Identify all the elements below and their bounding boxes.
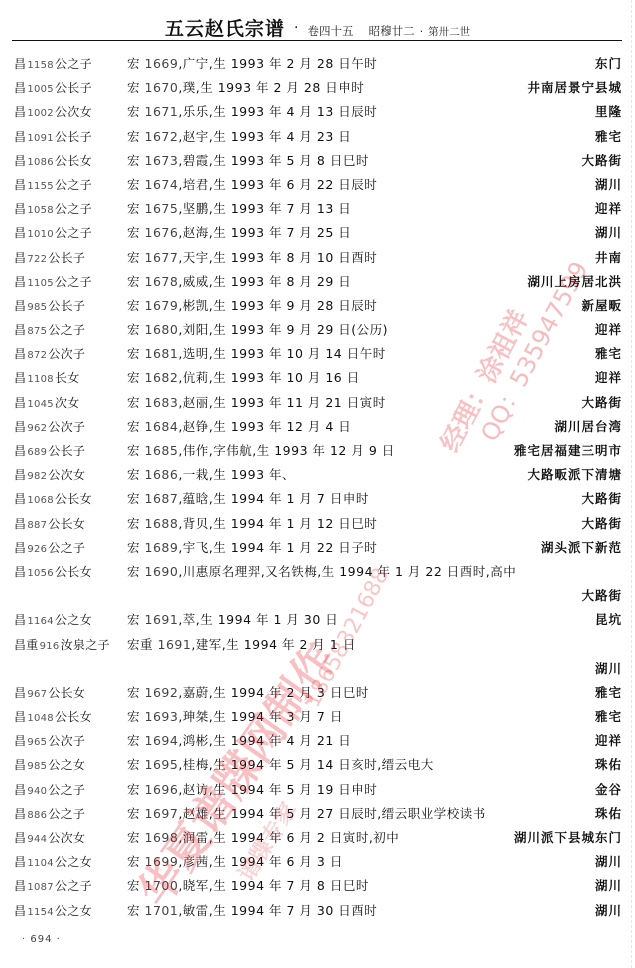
parent-number: 940 — [27, 786, 47, 797]
parent-relation: 公次子 — [48, 734, 85, 748]
parent-relation: 公之子 — [48, 783, 85, 797]
parent-number: 886 — [27, 810, 47, 821]
residence-place: 东门 — [595, 52, 622, 76]
entry-details: ,威威,生 1993 年 8 月 29 日 — [178, 274, 351, 289]
entry-text: 宏 1686,一栽,生 1993 年、 — [127, 463, 295, 487]
parent-number: 1087 — [27, 882, 54, 893]
generation-separator: · — [420, 26, 423, 38]
parent-ref: 昌962公次子 — [14, 415, 119, 441]
entry-number: 1687 — [145, 491, 179, 506]
entry-generation-char: 宏 — [127, 757, 140, 772]
parent-generation-char: 昌 — [14, 879, 26, 893]
entry-details: ,萃,生 1994 年 1 月 30 日 — [178, 612, 338, 627]
entry-generation-char: 宏 — [127, 225, 140, 240]
parent-relation: 公次子 — [48, 420, 85, 434]
residence-place: 珠佑 — [595, 802, 622, 826]
parent-relation: 公之子 — [55, 226, 92, 240]
residence-place: 迎祥 — [595, 366, 622, 390]
entry-row: 昌1048公长女宏 1693,珅桀,生 1994 年 3 月 7 日雅宅 — [14, 705, 622, 729]
entry-text: 宏 1684,赵铮,生 1993 年 12 月 4 日 — [127, 415, 351, 439]
entry-row: 昌1002公次女宏 1671,乐乐,生 1993 年 4 月 13 日辰时里隆 — [14, 100, 622, 124]
parent-generation-char: 昌 — [14, 541, 26, 555]
entry-row: 昌965公次子宏 1694,鸿彬,生 1994 年 4 月 21 日迎祥 — [14, 729, 622, 753]
residence-place: 迎祥 — [595, 197, 622, 221]
entry-text: 宏 1677,天宇,生 1993 年 8 月 10 日酉时 — [127, 246, 377, 270]
parent-number: 1058 — [27, 205, 54, 216]
residence-place: 雅宅居福建三明市 — [514, 439, 622, 463]
entry-details: ,赵海,生 1993 年 7 月 25 日 — [178, 225, 351, 240]
entry-generation-char: 宏 — [127, 322, 140, 337]
entry-row: 昌689公长子宏 1685,伟作,字伟航,生 1993 年 12 月 9 日雅宅… — [14, 439, 622, 463]
entry-generation-char: 宏 — [127, 854, 140, 869]
entry-number: 1699 — [145, 854, 179, 869]
parent-relation: 公之女 — [48, 758, 85, 772]
parent-relation: 公长子 — [55, 81, 92, 95]
entry-details: ,晓军,生 1994 年 7 月 8 日巳时 — [178, 878, 369, 893]
entry-number: 1685 — [145, 443, 179, 458]
parent-ref: 昌886公之子 — [14, 802, 119, 828]
parent-ref: 昌1005公长子 — [14, 76, 119, 102]
parent-ref: 昌1002公次女 — [14, 100, 119, 126]
entry-row: 昌1058公之子宏 1675,坚鹏,生 1993 年 7 月 13 日迎祥 — [14, 197, 622, 221]
branch-label: 昭穆廿二 — [369, 24, 415, 38]
entry-number: 1693 — [145, 709, 179, 724]
entry-details: ,嘉蔚,生 1994 年 2 月 3 日巳时 — [178, 685, 369, 700]
entry-text: 宏 1680,刘阳,生 1993 年 9 月 29 日(公历) — [127, 318, 388, 342]
entry-row: 昌1108长女宏 1682,伉莉,生 1993 年 10 月 16 日迎祥 — [14, 366, 622, 390]
entry-details: ,碧霞,生 1993 年 5 月 8 日巳时 — [178, 153, 369, 168]
parent-relation: 次女 — [55, 396, 80, 410]
entry-text: 宏 1672,赵宇,生 1993 年 4 月 23 日 — [127, 125, 351, 149]
entry-details: ,璞,生 1993 年 2 月 28 日申时 — [178, 80, 364, 95]
entry-generation-char: 宏 — [127, 177, 140, 192]
entry-row: 昌1068公长女宏 1687,蕴晗,生 1994 年 1 月 7 日申时大路街 — [14, 487, 622, 511]
entry-number: 1683 — [145, 395, 179, 410]
entry-row: 昌962公次子宏 1684,赵铮,生 1993 年 12 月 4 日湖川居台湾 — [14, 415, 622, 439]
entry-text: 宏重 1691,建军,生 1994 年 2 月 1 日 — [127, 633, 356, 657]
entry-row: 昌1056公长女宏 1690,川惠原名理羿,又名铁梅,生 1994 年 1 月 … — [14, 560, 622, 608]
entry-text: 宏 1669,广宁,生 1993 年 2 月 28 日午时 — [127, 52, 377, 76]
residence-place: 湖川 — [595, 657, 622, 681]
entry-number: 1697 — [145, 806, 179, 821]
entry-details: ,赵雄,生 1994 年 5 月 27 日辰时,缙云职业学校读书 — [178, 806, 485, 821]
parent-number: 1105 — [27, 278, 54, 289]
residence-place: 湖川 — [595, 221, 622, 245]
parent-ref: 昌722公长子 — [14, 246, 119, 272]
parent-number: 1155 — [27, 181, 54, 192]
volume-label: 卷四十五 — [308, 24, 354, 38]
entry-row: 昌967公长女宏 1692,嘉蔚,生 1994 年 2 月 3 日巳时雅宅 — [14, 681, 622, 705]
parent-relation: 公长子 — [48, 299, 85, 313]
header-separator: · — [294, 20, 298, 36]
parent-number: 982 — [27, 471, 47, 482]
entry-text: 宏 1696,赵访,生 1994 年 5 月 19 日申时 — [127, 778, 377, 802]
entry-generation-char: 宏 — [127, 878, 140, 893]
entry-row: 昌1010公之子宏 1676,赵海,生 1993 年 7 月 25 日湖川 — [14, 221, 622, 245]
parent-ref: 昌965公次子 — [14, 729, 119, 755]
entry-generation-char: 宏 — [127, 201, 140, 216]
parent-number: 1068 — [27, 495, 54, 506]
residence-place: 大路街 — [581, 487, 622, 511]
residence-place: 湖川派下县城东门 — [514, 826, 622, 850]
parent-number: 985 — [27, 761, 47, 772]
entry-generation-char: 宏 — [127, 612, 140, 627]
parent-relation: 公长女 — [48, 686, 85, 700]
parent-ref: 昌982公次女 — [14, 463, 119, 489]
entry-details: ,一栽,生 1993 年、 — [178, 467, 295, 482]
entry-text: 宏 1692,嘉蔚,生 1994 年 2 月 3 日巳时 — [127, 681, 369, 705]
entry-generation-char: 宏 — [127, 56, 140, 71]
entry-generation-char: 宏 — [127, 250, 140, 265]
parent-number: 916 — [40, 641, 60, 652]
entry-row: 昌重916汝泉之子宏重 1691,建军,生 1994 年 2 月 1 日湖川 — [14, 633, 622, 681]
page-number: · 694 · — [22, 934, 61, 945]
generation-label: 第卅二世 — [428, 26, 470, 38]
entry-generation-char: 宏 — [127, 129, 140, 144]
parent-relation: 公长子 — [55, 130, 92, 144]
entry-row: 昌1005公长子宏 1670,璞,生 1993 年 2 月 28 日申时井南居景… — [14, 76, 622, 100]
parent-ref: 昌875公之子 — [14, 318, 119, 344]
entry-details: ,润雷,生 1994 年 6 月 2 日寅时,初中 — [178, 830, 399, 845]
parent-generation-char: 昌 — [14, 517, 26, 531]
parent-generation-char: 昌 — [14, 904, 26, 918]
entry-number: 1694 — [145, 733, 179, 748]
parent-number: 962 — [27, 423, 47, 434]
parent-number: 1056 — [27, 568, 54, 579]
parent-generation-char: 昌 — [14, 57, 26, 71]
genealogy-entries: 昌1158公之子宏 1669,广宁,生 1993 年 2 月 28 日午时东门昌… — [14, 52, 622, 923]
entry-number: 1700 — [145, 878, 179, 893]
parent-ref: 昌940公之子 — [14, 778, 119, 804]
parent-relation: 公之子 — [55, 879, 92, 893]
parent-ref: 昌1091公长子 — [14, 125, 119, 151]
entry-details: ,赵宇,生 1993 年 4 月 23 日 — [178, 129, 351, 144]
residence-place: 金谷 — [595, 778, 622, 802]
entry-number: 1686 — [145, 467, 179, 482]
parent-number: 1154 — [27, 907, 54, 918]
entry-text: 宏 1679,彬凯,生 1993 年 9 月 28 日辰时 — [127, 294, 377, 318]
residence-place: 湖头派下新范 — [541, 536, 622, 560]
entry-number: 1671 — [145, 104, 179, 119]
residence-place: 雅宅 — [595, 705, 622, 729]
parent-ref: 昌944公次女 — [14, 826, 119, 852]
parent-number: 1108 — [27, 374, 54, 385]
residence-place: 珠佑 — [595, 753, 622, 777]
entry-generation-char: 宏 — [127, 395, 140, 410]
parent-relation: 公之子 — [55, 178, 92, 192]
residence-place: 湖川 — [595, 850, 622, 874]
entry-text: 宏 1689,宇飞,生 1994 年 1 月 22 日子时 — [127, 536, 377, 560]
entry-details: ,赵铮,生 1993 年 12 月 4 日 — [178, 419, 351, 434]
entry-number: 1692 — [145, 685, 179, 700]
parent-generation-char: 昌 — [14, 323, 26, 337]
parent-generation-char: 昌 — [14, 226, 26, 240]
parent-generation-char: 昌 — [14, 275, 26, 289]
parent-number: 872 — [27, 350, 47, 361]
residence-place: 大路街 — [581, 512, 622, 536]
entry-details: ,背贝,生 1994 年 1 月 12 日巳时 — [178, 516, 377, 531]
entry-details: ,宇飞,生 1994 年 1 月 22 日子时 — [178, 540, 377, 555]
entry-row: 昌1155公之子宏 1674,培君,生 1993 年 6 月 22 日辰时湖川 — [14, 173, 622, 197]
entry-details: ,桂梅,生 1994 年 5 月 14 日亥时,缙云电大 — [178, 757, 433, 772]
residence-place: 里隆 — [595, 100, 622, 124]
entry-number: 1675 — [145, 201, 179, 216]
parent-relation: 公之子 — [55, 202, 92, 216]
entry-text: 宏 1688,背贝,生 1994 年 1 月 12 日巳时 — [127, 512, 377, 536]
entry-number: 1678 — [145, 274, 179, 289]
entry-details: ,乐乐,生 1993 年 4 月 13 日辰时 — [178, 104, 377, 119]
entry-text: 宏 1683,赵丽,生 1993 年 11 月 21 日寅时 — [127, 391, 386, 415]
parent-generation-char: 昌 — [14, 81, 26, 95]
residence-place: 大路街 — [581, 391, 622, 415]
entry-generation-char: 宏重 — [127, 637, 153, 652]
parent-ref: 昌1056公长女 — [14, 560, 119, 586]
parent-relation: 公之子 — [55, 275, 92, 289]
entry-details: ,蕴晗,生 1994 年 1 月 7 日申时 — [178, 491, 369, 506]
residence-place: 湖川 — [595, 874, 622, 898]
parent-generation-char: 昌 — [14, 686, 26, 700]
entry-number: 1690 — [145, 564, 179, 579]
parent-relation: 公次女 — [48, 831, 85, 845]
entry-row: 昌1091公长子宏 1672,赵宇,生 1993 年 4 月 23 日雅宅 — [14, 125, 622, 149]
parent-relation: 公次女 — [48, 468, 85, 482]
entry-text: 宏 1681,选明,生 1993 年 10 月 14 日午时 — [127, 342, 386, 366]
parent-relation: 公次子 — [48, 347, 85, 361]
parent-number: 965 — [27, 737, 47, 748]
parent-ref: 昌1158公之子 — [14, 52, 119, 78]
entry-row: 昌872公次子宏 1681,选明,生 1993 年 10 月 14 日午时雅宅 — [14, 342, 622, 366]
parent-ref: 昌689公长子 — [14, 439, 119, 465]
entry-details: ,广宁,生 1993 年 2 月 28 日午时 — [178, 56, 377, 71]
parent-relation: 公长女 — [55, 565, 92, 579]
parent-relation: 公长女 — [48, 517, 85, 531]
residence-place: 井南 — [595, 246, 622, 270]
entry-details: ,敏雷,生 1994 年 7 月 30 日酉时 — [178, 903, 377, 918]
entry-row: 昌982公次女宏 1686,一栽,生 1993 年、大路畈派下清塘 — [14, 463, 622, 487]
entry-generation-char: 宏 — [127, 298, 140, 313]
entry-row: 昌940公之子宏 1696,赵访,生 1994 年 5 月 19 日申时金谷 — [14, 778, 622, 802]
entry-text: 宏 1676,赵海,生 1993 年 7 月 25 日 — [127, 221, 351, 245]
parent-number: 1010 — [27, 229, 54, 240]
parent-generation-char: 昌 — [14, 178, 26, 192]
entry-details: ,珅桀,生 1994 年 3 月 7 日 — [178, 709, 343, 724]
genealogy-page: 五云赵氏宗谱 · 卷四十五 昭穆廿二 · 第卅二世 昌1158公之子宏 1669… — [0, 0, 635, 968]
entry-text: 宏 1701,敏雷,生 1994 年 7 月 30 日酉时 — [127, 899, 377, 923]
parent-generation-char: 昌 — [14, 734, 26, 748]
residence-place: 雅宅 — [595, 125, 622, 149]
parent-generation-char: 昌 — [14, 710, 26, 724]
entry-text: 宏 1685,伟作,字伟航,生 1993 年 12 月 9 日 — [127, 439, 395, 463]
parent-relation: 公之女 — [55, 904, 92, 918]
entry-generation-char: 宏 — [127, 540, 140, 555]
parent-generation-char: 昌 — [14, 783, 26, 797]
entry-details: ,伉莉,生 1993 年 10 月 16 日 — [178, 370, 359, 385]
entry-row: 昌887公长女宏 1688,背贝,生 1994 年 1 月 12 日巳时大路街 — [14, 512, 622, 536]
entry-text: 宏 1678,威威,生 1993 年 8 月 29 日 — [127, 270, 351, 294]
parent-number: 944 — [27, 834, 47, 845]
parent-generation-char: 昌 — [14, 202, 26, 216]
parent-ref: 昌1164公之女 — [14, 608, 119, 634]
parent-generation-char: 昌 — [14, 130, 26, 144]
entry-details: ,赵丽,生 1993 年 11 月 21 日寅时 — [178, 395, 385, 410]
entry-text: 宏 1695,桂梅,生 1994 年 5 月 14 日亥时,缙云电大 — [127, 753, 434, 777]
entry-row: 昌875公之子宏 1680,刘阳,生 1993 年 9 月 29 日(公历)迎祥 — [14, 318, 622, 342]
parent-relation: 公长子 — [48, 251, 85, 265]
parent-generation-char: 昌 — [14, 371, 26, 385]
entry-text: 宏 1698,润雷,生 1994 年 6 月 2 日寅时,初中 — [127, 826, 399, 850]
entry-details: ,彬凯,生 1993 年 9 月 28 日辰时 — [178, 298, 377, 313]
entry-details: ,川惠原名理羿,又名铁梅,生 1994 年 1 月 22 日酉时,高中 — [178, 564, 516, 579]
parent-ref: 昌872公次子 — [14, 342, 119, 368]
residence-place: 湖川上房居北洪 — [527, 270, 622, 294]
parent-generation-char: 昌 — [14, 613, 26, 627]
entry-row: 昌1158公之子宏 1669,广宁,生 1993 年 2 月 28 日午时东门 — [14, 52, 622, 76]
parent-ref: 昌1154公之女 — [14, 899, 119, 925]
residence-place: 雅宅 — [595, 681, 622, 705]
entry-details: ,培君,生 1993 年 6 月 22 日辰时 — [178, 177, 377, 192]
entry-details: ,鸿彬,生 1994 年 4 月 21 日 — [178, 733, 351, 748]
parent-ref: 昌1010公之子 — [14, 221, 119, 247]
parent-ref: 昌1086公长女 — [14, 149, 119, 175]
parent-generation-char: 昌 — [14, 154, 26, 168]
parent-generation-char: 昌 — [14, 492, 26, 506]
entry-number: 1677 — [145, 250, 179, 265]
entry-generation-char: 宏 — [127, 370, 140, 385]
entry-generation-char: 宏 — [127, 709, 140, 724]
entry-number: 1670 — [145, 80, 179, 95]
entry-details: ,坚鹏,生 1993 年 7 月 13 日 — [178, 201, 351, 216]
entry-generation-char: 宏 — [127, 346, 140, 361]
entry-number: 1684 — [145, 419, 179, 434]
page-edge — [631, 0, 632, 968]
parent-relation: 公长女 — [55, 154, 92, 168]
parent-relation: 公之子 — [55, 57, 92, 71]
entry-details: ,选明,生 1993 年 10 月 14 日午时 — [178, 346, 385, 361]
parent-number: 1164 — [27, 616, 54, 627]
entry-generation-char: 宏 — [127, 516, 140, 531]
parent-number: 875 — [27, 326, 47, 337]
entry-text: 宏 1670,璞,生 1993 年 2 月 28 日申时 — [127, 76, 364, 100]
parent-ref: 昌926公之子 — [14, 536, 119, 562]
entry-row: 昌1154公之女宏 1701,敏雷,生 1994 年 7 月 30 日酉时湖川 — [14, 899, 622, 923]
entry-generation-char: 宏 — [127, 274, 140, 289]
entry-number: 1689 — [145, 540, 179, 555]
residence-place: 井南居景宁县城 — [527, 76, 622, 100]
parent-ref: 昌1105公之子 — [14, 270, 119, 296]
entry-number: 1679 — [145, 298, 179, 313]
parent-relation: 公长子 — [48, 444, 85, 458]
entry-row: 昌1087公之子宏 1700,晓军,生 1994 年 7 月 8 日巳时湖川 — [14, 874, 622, 898]
header-rule — [12, 40, 622, 41]
entry-text: 宏 1675,坚鹏,生 1993 年 7 月 13 日 — [127, 197, 351, 221]
entry-text: 宏 1687,蕴晗,生 1994 年 1 月 7 日申时 — [127, 487, 369, 511]
parent-number: 887 — [27, 520, 47, 531]
entry-row: 昌1086公长女宏 1673,碧霞,生 1993 年 5 月 8 日巳时大路街 — [14, 149, 622, 173]
entry-generation-char: 宏 — [127, 685, 140, 700]
parent-generation-char: 昌 — [14, 251, 26, 265]
entry-number: 1695 — [145, 757, 179, 772]
parent-ref: 昌887公长女 — [14, 512, 119, 538]
entry-number: 1696 — [145, 782, 179, 797]
entry-text: 宏 1691,萃,生 1994 年 1 月 30 日 — [127, 608, 338, 632]
entry-text: 宏 1690,川惠原名理羿,又名铁梅,生 1994 年 1 月 22 日酉时,高… — [127, 560, 516, 584]
parent-generation-char: 昌 — [14, 807, 26, 821]
parent-relation: 公次女 — [55, 105, 92, 119]
entry-generation-char: 宏 — [127, 104, 140, 119]
parent-generation-char: 昌 — [14, 420, 26, 434]
parent-ref: 昌1108长女 — [14, 366, 119, 392]
entry-details: ,天宇,生 1993 年 8 月 10 日酉时 — [178, 250, 377, 265]
residence-place: 迎祥 — [595, 729, 622, 753]
parent-number: 1002 — [27, 108, 54, 119]
parent-ref: 昌1048公长女 — [14, 705, 119, 731]
parent-ref: 昌1087公之子 — [14, 874, 119, 900]
entry-details: ,彦茜,生 1994 年 6 月 3 日 — [178, 854, 343, 869]
residence-place: 湖川 — [595, 173, 622, 197]
parent-generation-char: 昌 — [14, 347, 26, 361]
entry-row: 昌1104公之女宏 1699,彦茜,生 1994 年 6 月 3 日湖川 — [14, 850, 622, 874]
parent-number: 1158 — [27, 60, 54, 71]
parent-ref: 昌重916汝泉之子 — [14, 633, 124, 659]
residence-place: 迎祥 — [595, 318, 622, 342]
entry-generation-char: 宏 — [127, 419, 140, 434]
parent-relation: 长女 — [55, 371, 80, 385]
residence-place: 湖川居台湾 — [554, 415, 622, 439]
entry-details: ,赵访,生 1994 年 5 月 19 日申时 — [178, 782, 377, 797]
parent-ref: 昌967公长女 — [14, 681, 119, 707]
parent-ref: 昌1155公之子 — [14, 173, 119, 199]
residence-place: 大路畈派下清塘 — [527, 463, 622, 487]
parent-number: 689 — [27, 447, 47, 458]
entry-text: 宏 1693,珅桀,生 1994 年 3 月 7 日 — [127, 705, 343, 729]
entry-text: 宏 1674,培君,生 1993 年 6 月 22 日辰时 — [127, 173, 377, 197]
entry-details: ,建军,生 1994 年 2 月 1 日 — [191, 637, 356, 652]
parent-relation: 公之子 — [48, 807, 85, 821]
entry-generation-char: 宏 — [127, 80, 140, 95]
parent-generation-char: 昌 — [14, 105, 26, 119]
parent-number: 1104 — [27, 858, 54, 869]
parent-relation: 公之女 — [55, 613, 92, 627]
entry-generation-char: 宏 — [127, 830, 140, 845]
entry-text: 宏 1699,彦茜,生 1994 年 6 月 3 日 — [127, 850, 343, 874]
parent-relation: 公之女 — [55, 855, 92, 869]
entry-row: 昌985公之女宏 1695,桂梅,生 1994 年 5 月 14 日亥时,缙云电… — [14, 753, 622, 777]
entry-generation-char: 宏 — [127, 153, 140, 168]
entry-number: 1674 — [145, 177, 179, 192]
parent-generation-char: 昌 — [14, 444, 26, 458]
residence-place: 湖川 — [595, 899, 622, 923]
book-title: 五云赵氏宗谱 — [165, 18, 285, 40]
parent-relation: 公长女 — [55, 710, 92, 724]
parent-generation-char: 昌 — [14, 758, 26, 772]
entry-text: 宏 1671,乐乐,生 1993 年 4 月 13 日辰时 — [127, 100, 377, 124]
parent-generation-char: 昌 — [14, 565, 26, 579]
parent-relation: 公长女 — [55, 492, 92, 506]
entry-text: 宏 1694,鸿彬,生 1994 年 4 月 21 日 — [127, 729, 351, 753]
parent-ref: 昌1104公之女 — [14, 850, 119, 876]
entry-generation-char: 宏 — [127, 467, 140, 482]
parent-ref: 昌985公之女 — [14, 753, 119, 779]
entry-generation-char: 宏 — [127, 733, 140, 748]
page-header: 五云赵氏宗谱 · 卷四十五 昭穆廿二 · 第卅二世 — [0, 14, 635, 41]
parent-number: 926 — [27, 544, 47, 555]
parent-number: 1005 — [27, 84, 54, 95]
entry-row: 昌1045次女宏 1683,赵丽,生 1993 年 11 月 21 日寅时大路街 — [14, 391, 622, 415]
parent-generation-char: 昌 — [14, 468, 26, 482]
entry-number: 1680 — [145, 322, 179, 337]
parent-generation-char: 昌重 — [14, 638, 39, 652]
residence-place: 大路街 — [581, 584, 622, 608]
